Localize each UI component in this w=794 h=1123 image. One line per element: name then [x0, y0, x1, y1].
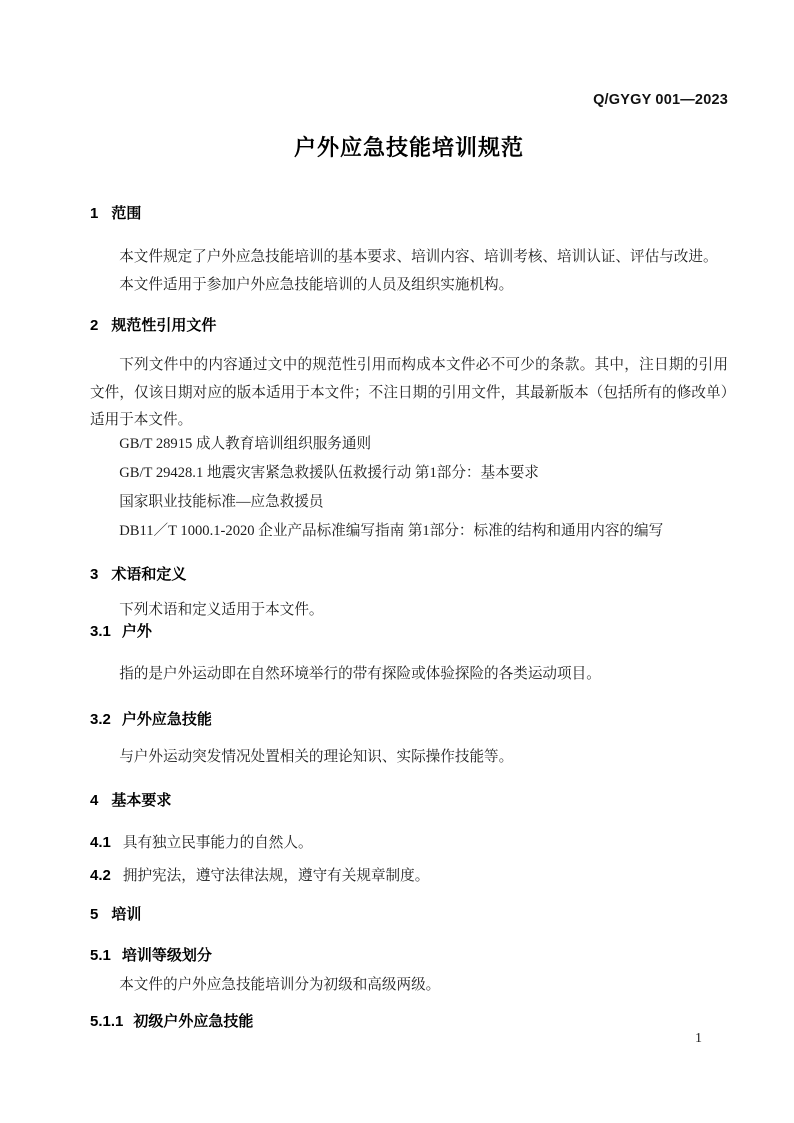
subsection-heading-training-levels: 5.1培训等级划分	[90, 947, 728, 964]
clause-4-2: 4.2拥护宪法，遵守法律法规，遵守有关规章制度。	[90, 867, 728, 886]
document-code: Q/GYGY 001—2023	[90, 92, 728, 108]
reference-item: GB/T 29428.1 地震灾害紧急救援队伍救援行动 第1部分：基本要求	[90, 465, 728, 483]
paragraph-terms-intro: 下列术语和定义适用于本文件。	[90, 602, 728, 620]
clause-text: 拥护宪法，遵守法律法规，遵守有关规章制度。	[123, 868, 429, 884]
reference-item: DB11／T 1000.1-2020 企业产品标准编写指南 第1部分：标准的结构…	[90, 523, 728, 541]
subsection-heading-outdoor-emergency-skills: 3.2户外应急技能	[90, 711, 728, 728]
section-number: 5	[90, 906, 98, 923]
paragraph-skills-definition: 与户外运动突发情况处置相关的理论知识、实际操作技能等。	[90, 749, 728, 767]
section-number: 5.1	[90, 947, 111, 964]
paragraph-training-levels: 本文件的户外应急技能培训分为初级和高级两级。	[90, 977, 728, 995]
section-heading-normative-references: 2规范性引用文件	[90, 317, 728, 334]
section-title: 规范性引用文件	[111, 317, 216, 334]
document-page: Q/GYGY 001—2023 户外应急技能培训规范 1范围 本文件规定了户外应…	[0, 0, 794, 1123]
page-number: 1	[695, 1031, 702, 1047]
section-title: 培训等级划分	[122, 947, 212, 964]
subsection-heading-beginner-skills: 5.1.1初级户外应急技能	[90, 1013, 728, 1030]
section-number: 4	[90, 792, 98, 809]
subsection-heading-outdoor: 3.1户外	[90, 623, 728, 640]
reference-item: GB/T 28915 成人教育培训组织服务通则	[90, 436, 728, 454]
section-title: 范围	[111, 205, 141, 222]
clause-4-1: 4.1具有独立民事能力的自然人。	[90, 834, 728, 853]
section-number: 2	[90, 317, 98, 334]
section-heading-basic-requirements: 4基本要求	[90, 792, 728, 809]
section-number: 3.2	[90, 711, 111, 728]
section-title: 培训	[111, 906, 141, 923]
paragraph-scope-1: 本文件规定了户外应急技能培训的基本要求、培训内容、培训考核、培训认证、评估与改进…	[90, 249, 728, 267]
section-title: 术语和定义	[111, 566, 186, 583]
document-title: 户外应急技能培训规范	[90, 131, 728, 162]
section-heading-training: 5培训	[90, 906, 728, 923]
paragraph-normative-references: 下列文件中的内容通过文中的规范性引用而构成本文件必不可少的条款。其中，注日期的引…	[90, 352, 728, 435]
section-title: 初级户外应急技能	[133, 1013, 253, 1030]
reference-item: 国家职业技能标准—应急救援员	[90, 494, 728, 512]
section-title: 基本要求	[111, 792, 171, 809]
clause-number: 4.1	[90, 834, 111, 852]
section-heading-scope: 1范围	[90, 205, 728, 222]
clause-number: 4.2	[90, 867, 111, 885]
paragraph-scope-2: 本文件适用于参加户外应急技能培训的人员及组织实施机构。	[90, 277, 728, 295]
section-number: 1	[90, 205, 98, 222]
section-title: 户外	[122, 623, 152, 640]
section-number: 3.1	[90, 623, 111, 640]
clause-text: 具有独立民事能力的自然人。	[123, 835, 313, 851]
section-title: 户外应急技能	[122, 711, 212, 728]
section-number: 5.1.1	[90, 1013, 123, 1030]
paragraph-outdoor-definition: 指的是户外运动即在自然环境举行的带有探险或体验探险的各类运动项目。	[90, 666, 728, 684]
section-heading-terms: 3术语和定义	[90, 566, 728, 583]
section-number: 3	[90, 566, 98, 583]
